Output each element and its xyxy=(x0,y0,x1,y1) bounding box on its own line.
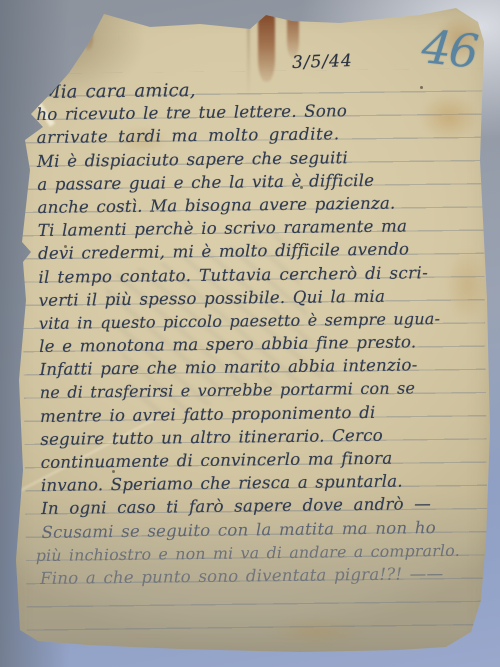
letter-paper: 3/5/44 46 Mia cara amica, ho ricevuto le… xyxy=(0,0,500,667)
rust-stain xyxy=(287,0,299,58)
letter-body: Mia cara amica, ho ricevuto le tre tue l… xyxy=(36,76,494,592)
letter-date: 3/5/44 xyxy=(292,51,353,73)
photo-background: 3/5/44 46 Mia cara amica, ho ricevuto le… xyxy=(0,0,500,667)
page-number-mark: 46 xyxy=(419,19,479,78)
rust-stain xyxy=(258,0,275,82)
